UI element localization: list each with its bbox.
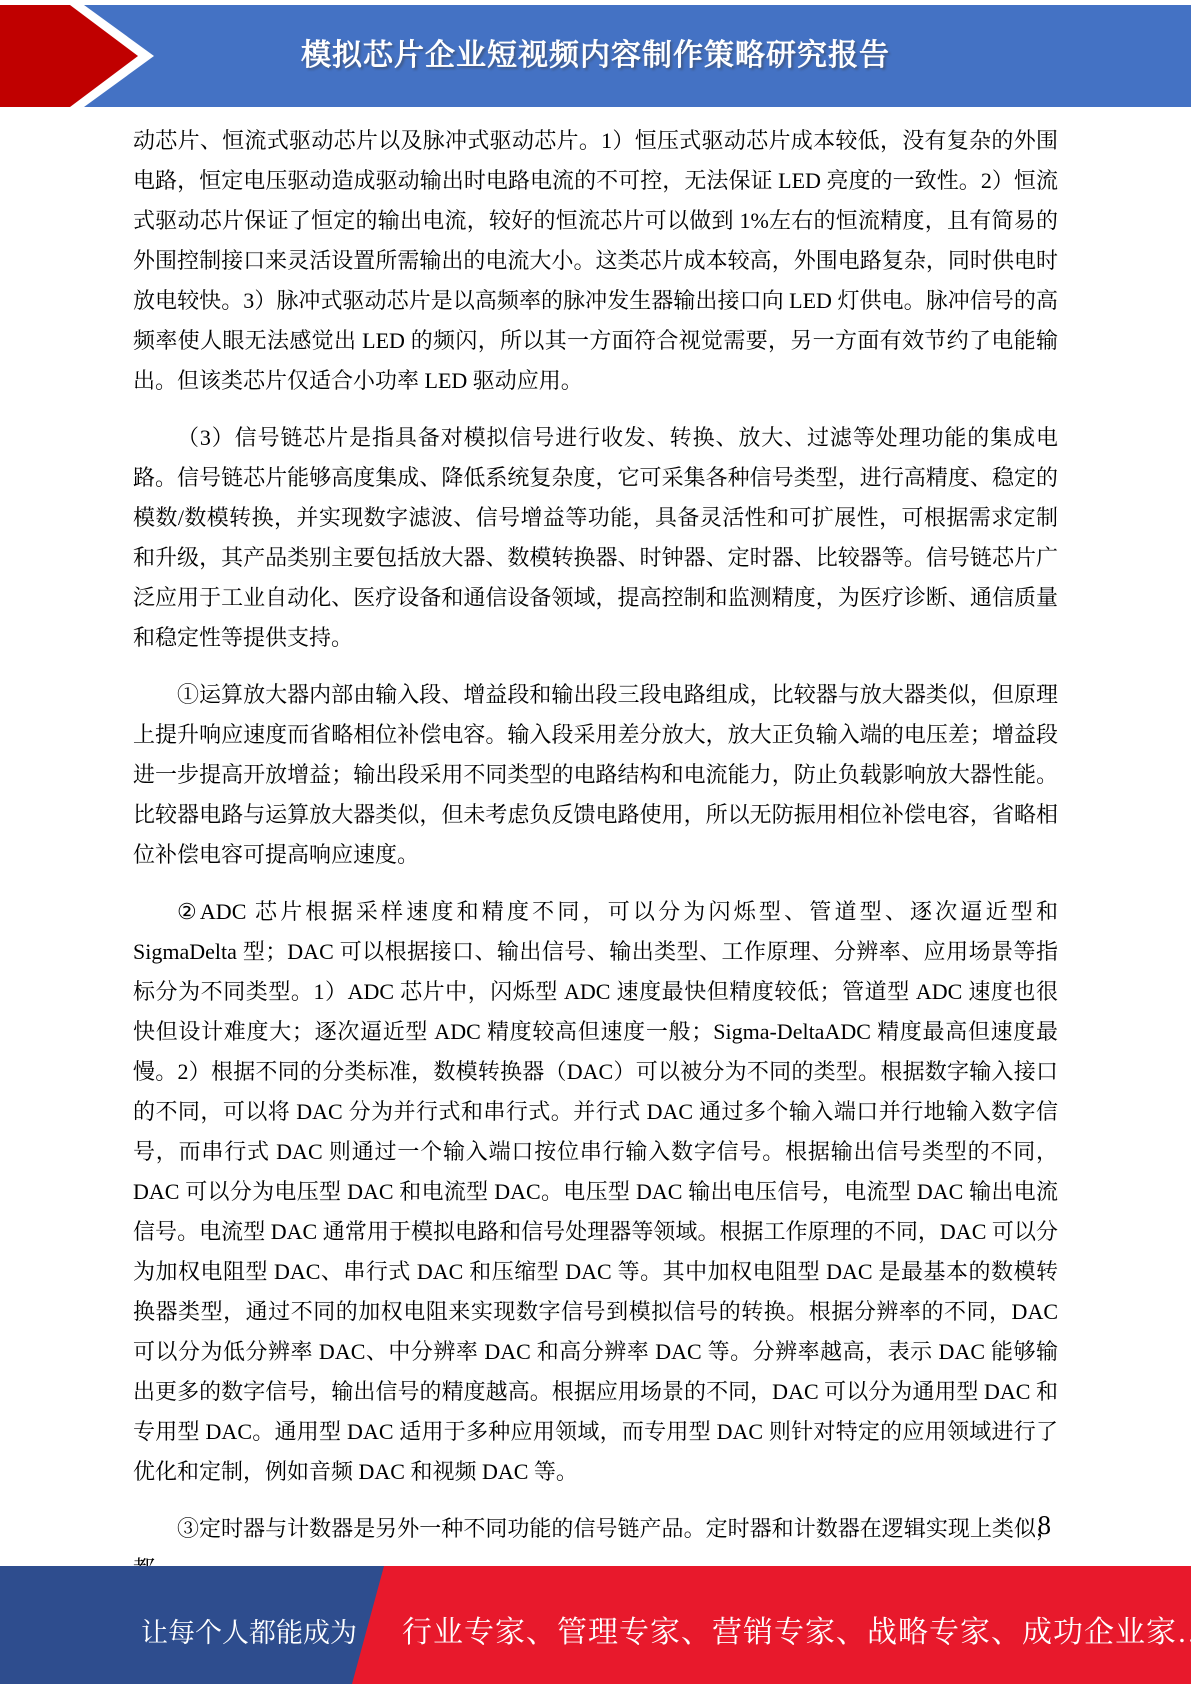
document-body: 动芯片、恒流式驱动芯片以及脉冲式驱动芯片。1）恒压式驱动芯片成本较低，没有复杂的… xyxy=(133,121,1058,1606)
page-number: 8 xyxy=(1038,1510,1052,1541)
page-title: 模拟芯片企业短视频内容制作策略研究报告 xyxy=(0,5,1191,107)
footer-slogan-left: 让每个人都能成为 xyxy=(141,1611,357,1650)
paragraph-op-amp: ①运算放大器内部由输入段、增益段和输出段三段电路组成，比较器与放大器类似，但原理… xyxy=(133,675,1058,875)
page-footer: 让每个人都能成为 行业专家、管理专家、营销专家、战略专家、成功企业家…… xyxy=(0,1566,1191,1684)
paragraph-led-driver-types: 动芯片、恒流式驱动芯片以及脉冲式驱动芯片。1）恒压式驱动芯片成本较低，没有复杂的… xyxy=(133,121,1058,401)
page-header: 模拟芯片企业短视频内容制作策略研究报告 xyxy=(0,5,1191,107)
paragraph-signal-chain-intro: （3）信号链芯片是指具备对模拟信号进行收发、转换、放大、过滤等处理功能的集成电路… xyxy=(133,418,1058,658)
report-page: 模拟芯片企业短视频内容制作策略研究报告 动芯片、恒流式驱动芯片以及脉冲式驱动芯片… xyxy=(0,0,1191,1684)
footer-slogan-right: 行业专家、管理专家、营销专家、战略专家、成功企业家…… xyxy=(402,1607,1191,1651)
paragraph-adc-dac: ②ADC 芯片根据采样速度和精度不同，可以分为闪烁型、管道型、逐次逼近型和 Si… xyxy=(133,892,1058,1492)
